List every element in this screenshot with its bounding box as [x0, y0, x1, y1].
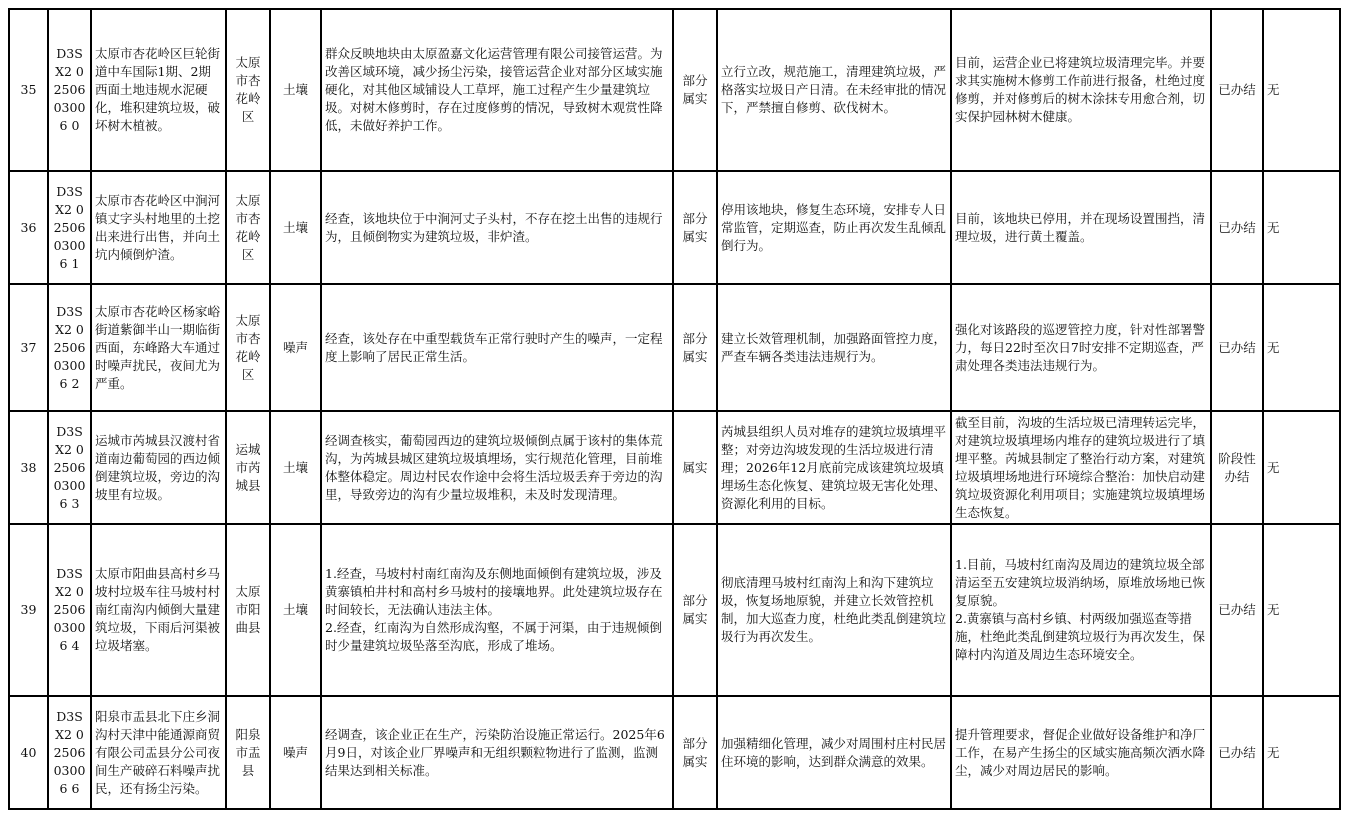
- region: 太原市阳曲县: [226, 524, 270, 696]
- case-code: D3SX2 02506 03006 6: [48, 696, 91, 809]
- accountability: 无: [1263, 524, 1340, 696]
- row-index: 35: [9, 9, 48, 171]
- table-row: 35 D3SX2 02506 03006 0 太原市杏花岭区巨轮街道中车国际1期…: [9, 9, 1340, 171]
- complaint-content: 太原市杏花岭区巨轮街道中车国际1期、2期西面土地违规水泥硬化，堆积建筑垃圾，破坏…: [91, 9, 226, 171]
- rectification-goal: 加强精细化管理，减少对周围村庄村民居住环境的影响，达到群众满意的效果。: [717, 696, 951, 809]
- row-index: 38: [9, 411, 48, 524]
- rectification-goal: 彻底清理马坡村红南沟上和沟下建筑垃圾，恢复场地原貌，并建立长效管控机制，加大巡查…: [717, 524, 951, 696]
- pollution-type: 土壤: [270, 171, 321, 284]
- pollution-type: 土壤: [270, 9, 321, 171]
- rectification-status: 强化对该路段的巡逻管控力度，针对性部署警力，每日22时至次日7时安排不定期巡查，…: [951, 284, 1211, 411]
- pollution-type: 土壤: [270, 524, 321, 696]
- rectification-status: 目前，运营企业已将建筑垃圾清理完毕。并要求其实施树木修剪工作前进行报备，杜绝过度…: [951, 9, 1211, 171]
- verdict: 部分属实: [673, 524, 717, 696]
- region: 太原市杏花岭区: [226, 171, 270, 284]
- rectification-goal: 建立长效管理机制，加强路面管控力度，严查车辆各类违法违规行为。: [717, 284, 951, 411]
- handling-result: 已办结: [1211, 696, 1263, 809]
- rectification-status: 1.目前，马坡村红南沟及周边的建筑垃圾全部清运至五安建筑垃圾消纳场，原堆放场地已…: [951, 524, 1211, 696]
- accountability: 无: [1263, 171, 1340, 284]
- complaint-table: 35 D3SX2 02506 03006 0 太原市杏花岭区巨轮街道中车国际1期…: [8, 8, 1341, 810]
- table-row: 38 D3SX2 02506 03006 3 运城市芮城县汉渡村省道南边葡萄园的…: [9, 411, 1340, 524]
- table-row: 39 D3SX2 02506 03006 4 太原市阳曲县高村乡马坡村垃圾车往马…: [9, 524, 1340, 696]
- rectification-goal: 立行立改，规范施工，清理建筑垃圾，严格落实垃圾日产日清。在未经审批的情况下，严禁…: [717, 9, 951, 171]
- case-code: D3SX2 02506 03006 2: [48, 284, 91, 411]
- rectification-status: 目前，该地块已停用，并在现场设置围挡，清理垃圾，进行黄土覆盖。: [951, 171, 1211, 284]
- table-row: 36 D3SX2 02506 03006 1 太原市杏花岭区中涧河镇丈字头村地里…: [9, 171, 1340, 284]
- verdict: 部分属实: [673, 284, 717, 411]
- verdict: 属实: [673, 411, 717, 524]
- row-index: 40: [9, 696, 48, 809]
- complaint-content: 太原市阳曲县高村乡马坡村垃圾车往马坡村村南红南沟内倾倒大量建筑垃圾，下雨后河渠被…: [91, 524, 226, 696]
- case-code: D3SX2 02506 03006 4: [48, 524, 91, 696]
- rectification-status: 截至目前，沟坡的生活垃圾已清理转运完毕，对建筑垃圾填埋场内堆存的建筑垃圾进行了填…: [951, 411, 1211, 524]
- handling-result: 已办结: [1211, 284, 1263, 411]
- handling-result: 已办结: [1211, 524, 1263, 696]
- complaint-content: 运城市芮城县汉渡村省道南边葡萄园的西边倾倒建筑垃圾，旁边的沟坡里有垃圾。: [91, 411, 226, 524]
- handling-result: 已办结: [1211, 171, 1263, 284]
- complaint-content: 太原市杏花岭区中涧河镇丈字头村地里的土挖出来进行出售，并向土坑内倾倒炉渣。: [91, 171, 226, 284]
- case-code: D3SX2 02506 03006 0: [48, 9, 91, 171]
- pollution-type: 噪声: [270, 284, 321, 411]
- verdict: 部分属实: [673, 171, 717, 284]
- pollution-type: 噪声: [270, 696, 321, 809]
- pollution-type: 土壤: [270, 411, 321, 524]
- row-index: 39: [9, 524, 48, 696]
- complaint-content: 太原市杏花岭区杨家峪街道紫御半山一期临街西面，东峰路大车通过时噪声扰民，夜间尤为…: [91, 284, 226, 411]
- investigation-result: 经查，该地块位于中涧河丈子头村，不存在挖土出售的违规行为，且倾倒物实为建筑垃圾，…: [321, 171, 673, 284]
- region: 太原市杏花岭区: [226, 9, 270, 171]
- region: 太原市杏花岭区: [226, 284, 270, 411]
- region: 阳泉市盂县: [226, 696, 270, 809]
- investigation-result: 经调查，该企业正在生产，污染防治设施正常运行。2025年6月9日，对该企业厂界噪…: [321, 696, 673, 809]
- rectification-goal: 停用该地块，修复生态环境，安排专人日常监管，定期巡查，防止再次发生乱倾乱倒行为。: [717, 171, 951, 284]
- accountability: 无: [1263, 411, 1340, 524]
- investigation-result: 经查，该处存在中重型载货车正常行驶时产生的噪声，一定程度上影响了居民正常生活。: [321, 284, 673, 411]
- row-index: 37: [9, 284, 48, 411]
- complaint-content: 阳泉市盂县北下庄乡洞沟村天津中能通源商贸有限公司盂县分公司夜间生产破碎石料噪声扰…: [91, 696, 226, 809]
- accountability: 无: [1263, 696, 1340, 809]
- table-row: 40 D3SX2 02506 03006 6 阳泉市盂县北下庄乡洞沟村天津中能通…: [9, 696, 1340, 809]
- handling-result: 已办结: [1211, 9, 1263, 171]
- case-code: D3SX2 02506 03006 1: [48, 171, 91, 284]
- verdict: 部分属实: [673, 9, 717, 171]
- rectification-status: 提升管理要求，督促企业做好设备维护和净厂工作，在易产生扬尘的区域实施高频次洒水降…: [951, 696, 1211, 809]
- handling-result: 阶段性办结: [1211, 411, 1263, 524]
- table-row: 37 D3SX2 02506 03006 2 太原市杏花岭区杨家峪街道紫御半山一…: [9, 284, 1340, 411]
- accountability: 无: [1263, 9, 1340, 171]
- rectification-goal: 芮城县组织人员对堆存的建筑垃圾填埋平整；对旁边沟坡发现的生活垃圾进行清理；202…: [717, 411, 951, 524]
- row-index: 36: [9, 171, 48, 284]
- investigation-result: 1.经查，马坡村村南红南沟及东侧地面倾倒有建筑垃圾，涉及黄寨镇柏井村和高村乡马坡…: [321, 524, 673, 696]
- investigation-result: 经调查核实，葡萄园西边的建筑垃圾倾倒点属于该村的集体荒沟，为芮城县城区建筑垃圾填…: [321, 411, 673, 524]
- region: 运城市芮城县: [226, 411, 270, 524]
- case-code: D3SX2 02506 03006 3: [48, 411, 91, 524]
- investigation-result: 群众反映地块由太原盈嘉文化运营管理有限公司接管运营。为改善区域环境，减少扬尘污染…: [321, 9, 673, 171]
- accountability: 无: [1263, 284, 1340, 411]
- verdict: 部分属实: [673, 696, 717, 809]
